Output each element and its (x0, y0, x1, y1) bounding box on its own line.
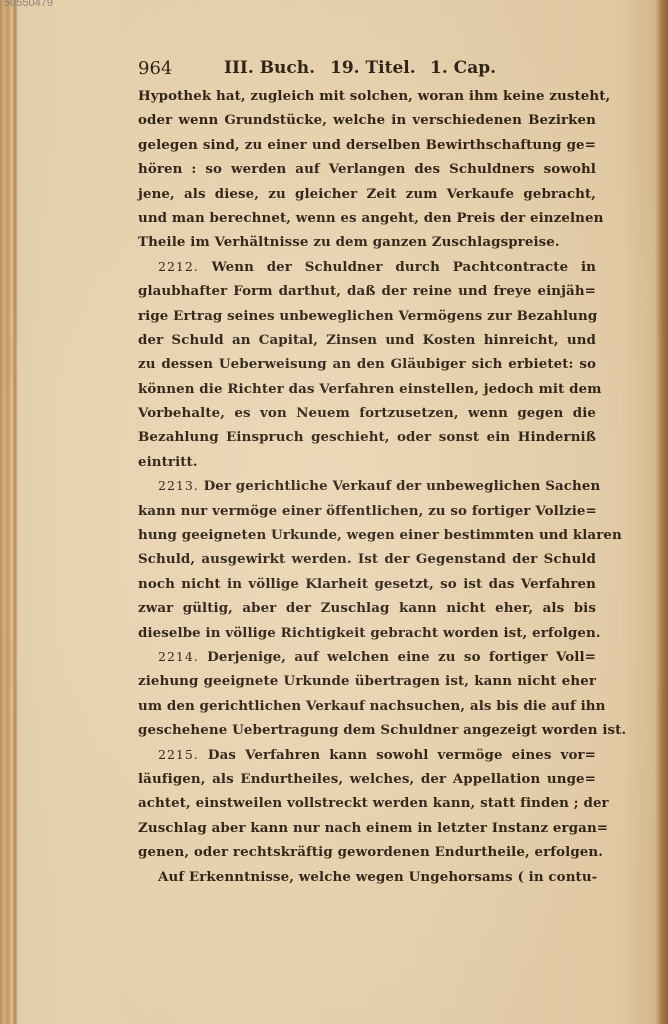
text-line: Auf Erkenntnisse, welche wegen Ungehorsa… (138, 865, 596, 889)
section-number: 2215. (158, 747, 199, 762)
text-line: Schuld, ausgewirkt werden. Ist der Gegen… (138, 547, 596, 571)
section-2213-first-line: 2213. Der gerichtliche Verkauf der unbew… (138, 474, 596, 498)
header-chapter: 1. Cap. (430, 58, 496, 78)
text-line: achtet, einstweilen vollstreckt werden k… (138, 791, 596, 815)
header-book: III. Buch. (224, 58, 315, 78)
section-number: 2213. (158, 478, 199, 493)
text-line: rige Ertrag seines unbeweglichen Vermöge… (138, 304, 596, 328)
text-line: dieselbe in völlige Richtigkeit gebracht… (138, 621, 596, 645)
text-line: oder wenn Grundstücke, welche in verschi… (138, 108, 596, 132)
text-line: genen, oder rechtskräftig gewordenen End… (138, 840, 596, 864)
page-number: 964 (138, 58, 172, 79)
text-line: um den gerichtlichen Verkauf nachsuchen,… (138, 694, 596, 718)
text-line: Vorbehalte, es von Neuem fortzusetzen, w… (138, 401, 596, 425)
section-number: 2214. (158, 649, 199, 664)
text-line: jene, als diese, zu gleicher Zeit zum Ve… (138, 182, 596, 206)
text-line: Bezahlung Einspruch geschieht, oder sons… (138, 425, 596, 449)
text-line: hören : so werden auf Verlangen des Schu… (138, 157, 596, 181)
section-2214-first-line: 2214. Derjenige, auf welchen eine zu so … (138, 645, 596, 669)
text-line: läufigen, als Endurtheiles, welches, der… (138, 767, 596, 791)
section-2215-first-line: 2215. Das Verfahren kann sowohl vermöge … (138, 743, 596, 767)
library-id-stamp: 50550479 (4, 0, 53, 9)
book-page: 50550479 964 III. Buch. 19. Titel. 1. Ca… (0, 0, 668, 1024)
text-line: zu dessen Ueberweisung an den Gläubiger … (138, 352, 596, 376)
text-line: noch nicht in völlige Klarheit gesetzt, … (138, 572, 596, 596)
page-text-block: 964 III. Buch. 19. Titel. 1. Cap. Hypoth… (138, 50, 596, 889)
text-line: gelegen sind, zu einer und derselben Bew… (138, 133, 596, 157)
text-line: und man berechnet, wenn es angeht, den P… (138, 206, 596, 230)
text-line: zwar gültig, aber der Zuschlag kann nich… (138, 596, 596, 620)
text-line: kann nur vermöge einer öffentlichen, zu … (138, 499, 596, 523)
section-2212-first-line: 2212. Wenn der Schuldner durch Pachtcont… (138, 255, 596, 279)
text-line: können die Richter das Verfahren einstel… (138, 377, 596, 401)
text-line: eintritt. (138, 450, 596, 474)
text-line: hung geeigneten Urkunde, wegen einer bes… (138, 523, 596, 547)
text-line: Hypothek hat, zugleich mit solchen, wora… (138, 84, 596, 108)
text-line: Theile im Verhältnisse zu dem ganzen Zus… (138, 230, 596, 254)
section-number: 2212. (158, 259, 199, 274)
text-line: der Schuld an Capital, Zinsen und Kosten… (138, 328, 596, 352)
header-title: 19. Titel. (330, 58, 416, 78)
text-line: Zuschlag aber kann nur nach einem in let… (138, 816, 596, 840)
running-header: 964 III. Buch. 19. Titel. 1. Cap. (138, 50, 596, 84)
text-line: ziehung geeignete Urkunde übertragen ist… (138, 669, 596, 693)
text-line: glaubhafter Form darthut, daß der reine … (138, 279, 596, 303)
text-line: geschehene Uebertragung dem Schuldner an… (138, 718, 596, 742)
